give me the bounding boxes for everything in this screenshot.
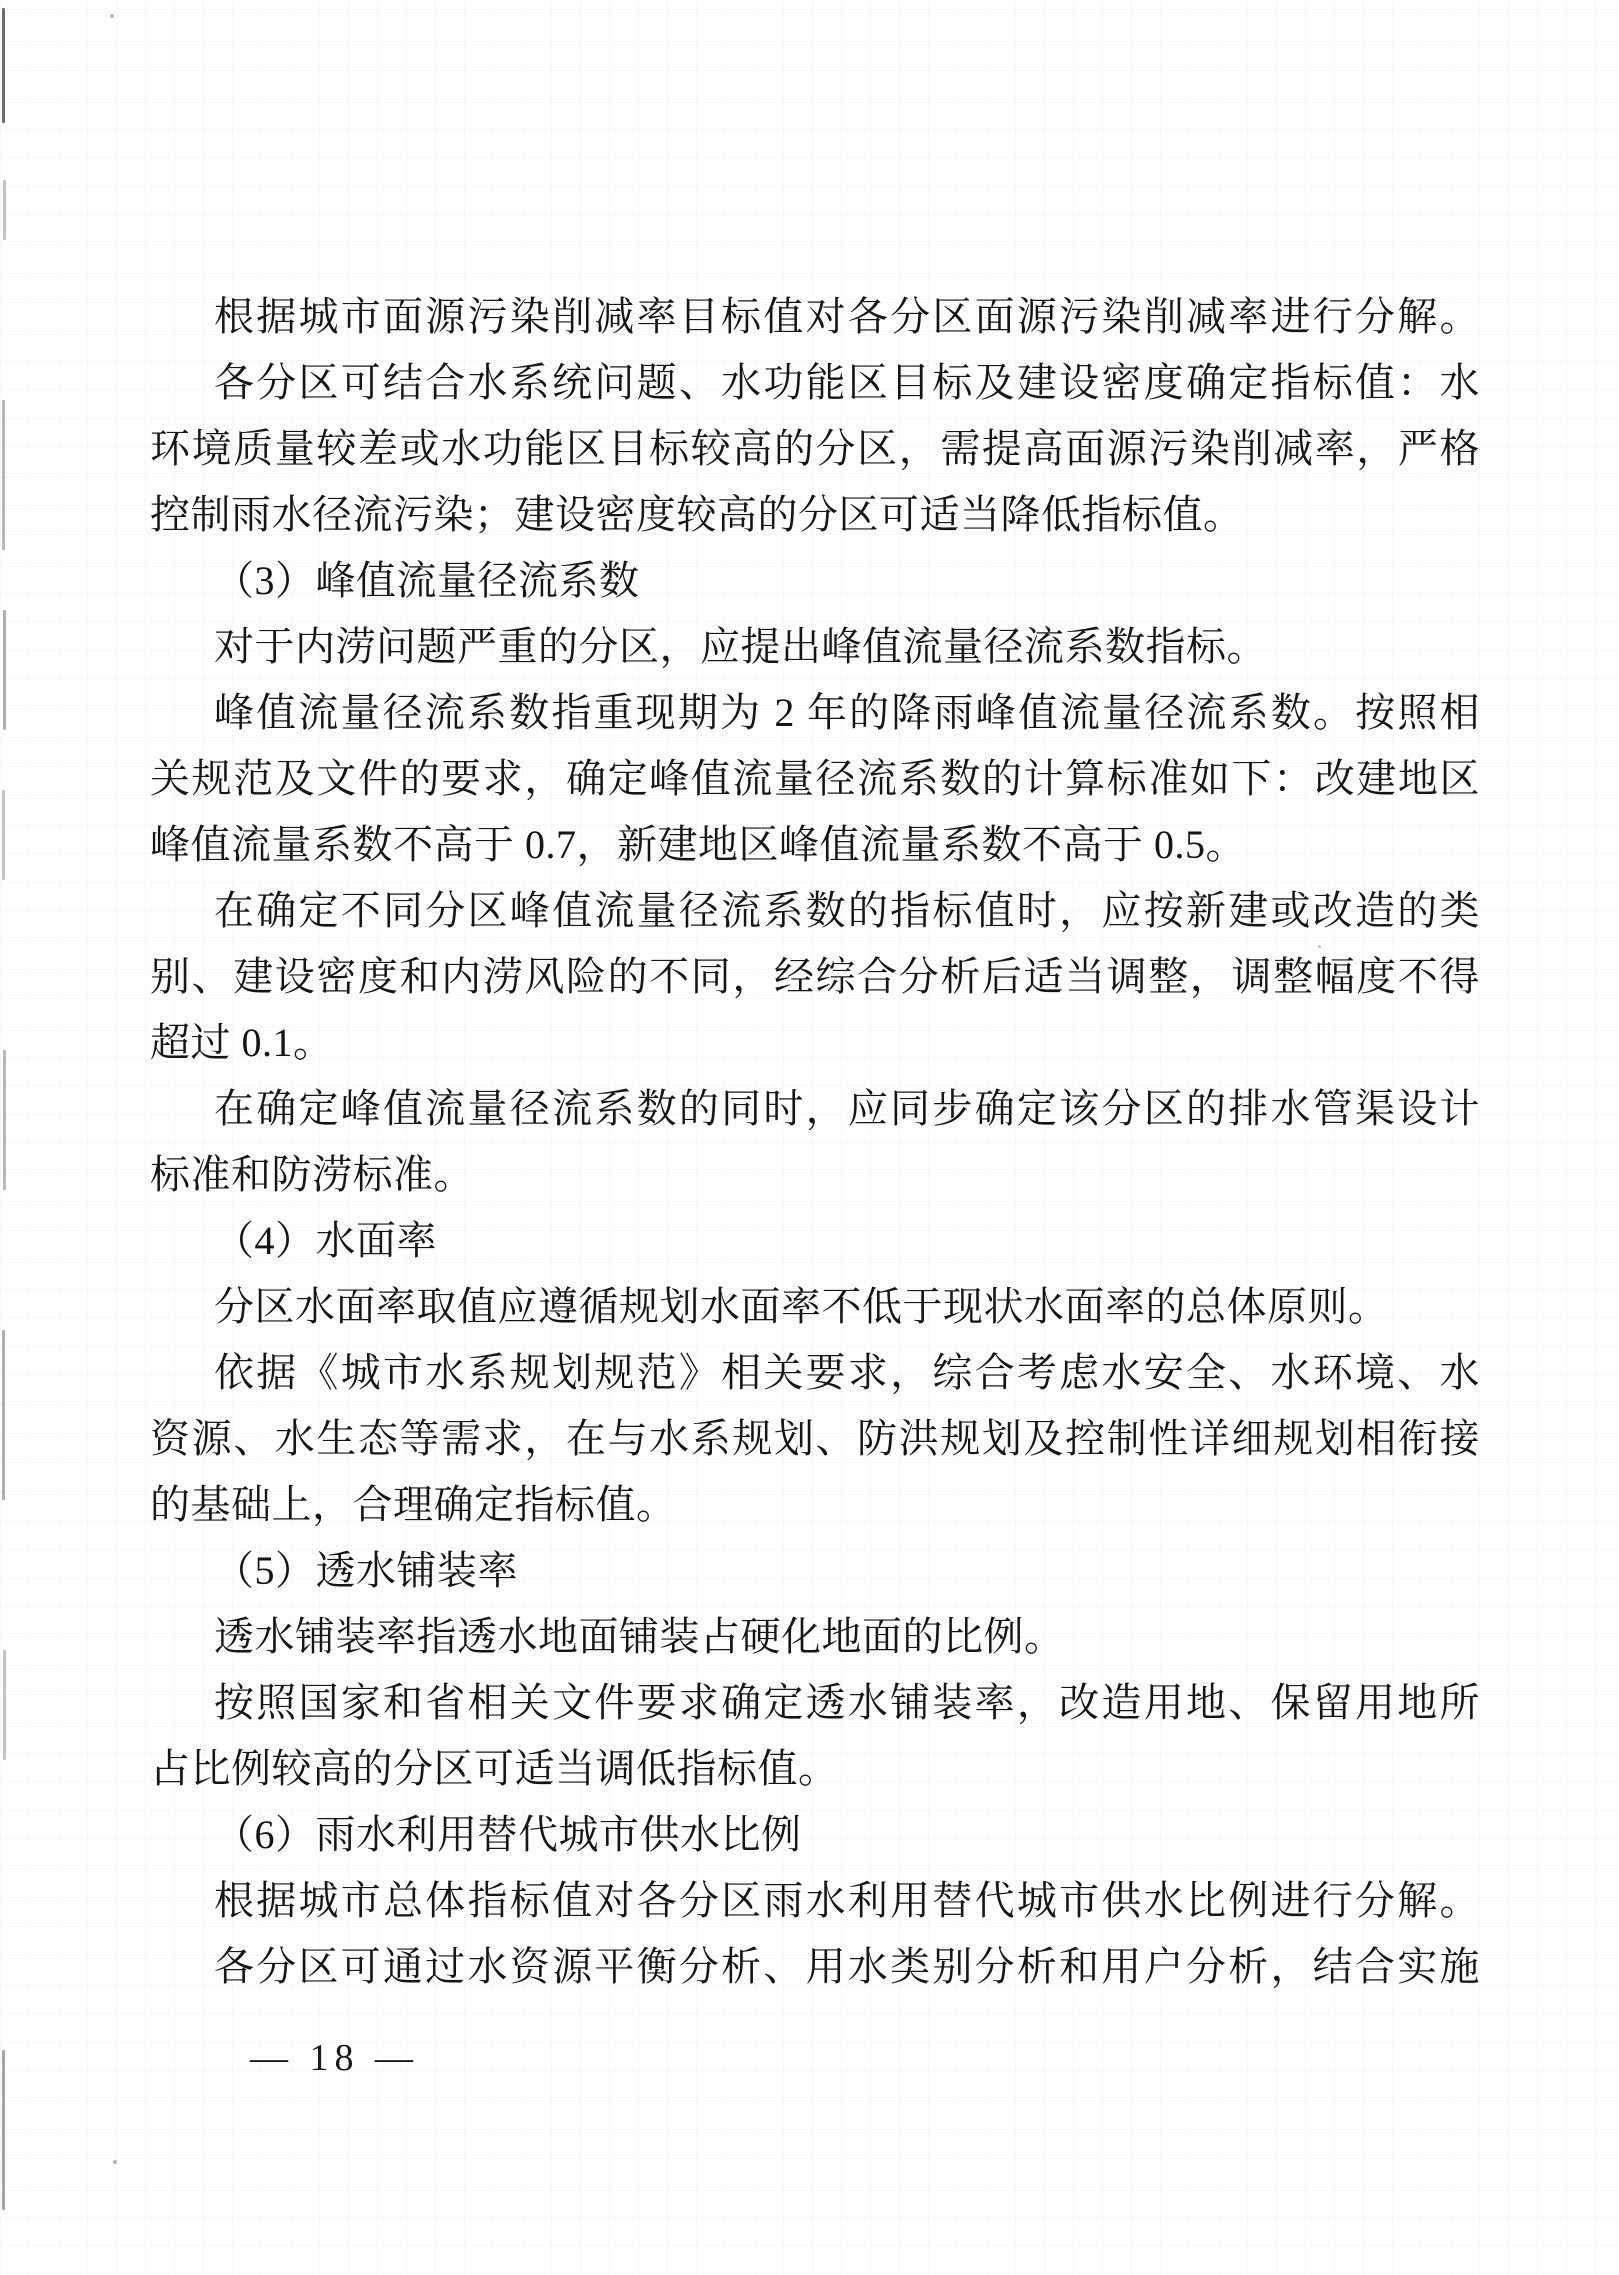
text-line: 透水铺装率指透水地面铺装占硬化地面的比例。	[150, 1604, 1480, 1670]
section-heading-line: （6）雨水利用替代城市供水比例	[150, 1802, 1480, 1868]
text-line: 占比例较高的分区可适当调低指标值。	[150, 1736, 1480, 1802]
text-line: 超过 0.1。	[150, 1010, 1480, 1076]
scan-edge-artifact	[3, 1650, 6, 1760]
section-heading-line: （5）透水铺装率	[150, 1538, 1480, 1604]
text-line: 峰值流量径流系数指重现期为 2 年的降雨峰值流量径流系数。按照相	[150, 680, 1480, 746]
text-line: 资源、水生态等需求，在与水系规划、防洪规划及控制性详细规划相衔接	[150, 1406, 1480, 1472]
text-line: 依据《城市水系规划规范》相关要求，综合考虑水安全、水环境、水	[150, 1340, 1480, 1406]
text-line: 环境质量较差或水功能区目标较高的分区，需提高面源污染削减率，严格	[150, 416, 1480, 482]
text-line: 关规范及文件的要求，确定峰值流量径流系数的计算标准如下：改建地区	[150, 746, 1480, 812]
scan-speck	[113, 2160, 117, 2164]
scan-edge-artifact	[2, 1330, 5, 1500]
text-line: 的基础上，合理确定指标值。	[150, 1472, 1480, 1538]
text-line: 在确定峰值流量径流系数的同时，应同步确定该分区的排水管渠设计	[150, 1076, 1480, 1142]
scan-edge-artifact	[2, 8, 5, 123]
scan-edge-artifact	[3, 1050, 6, 1190]
text-line: 别、建设密度和内涝风险的不同，经综合分析后适当调整，调整幅度不得	[150, 944, 1480, 1010]
scan-edge-artifact	[3, 180, 6, 240]
document-page: { "doc": { "lines": [ "根据城市面源污染削减率目标值对各分…	[0, 0, 1619, 2275]
text-line: 分区水面率取值应遵循规划水面率不低于现状水面率的总体原则。	[150, 1274, 1480, 1340]
text-line: 根据城市面源污染削减率目标值对各分区面源污染削减率进行分解。	[150, 284, 1480, 350]
section-heading-line: （4）水面率	[150, 1208, 1480, 1274]
text-line: 各分区可通过水资源平衡分析、用水类别分析和用户分析，结合实施	[150, 1934, 1480, 2000]
section-heading-line: （3）峰值流量径流系数	[150, 548, 1480, 614]
text-line: 各分区可结合水系统问题、水功能区目标及建设密度确定指标值：水	[150, 350, 1480, 416]
scan-speck	[110, 14, 114, 18]
text-line: 对于内涝问题严重的分区，应提出峰值流量径流系数指标。	[150, 614, 1480, 680]
page-number: — 18 —	[250, 2036, 419, 2080]
scan-speck	[1318, 945, 1321, 948]
document-text-block: 根据城市面源污染削减率目标值对各分区面源污染削减率进行分解。 各分区可结合水系统…	[150, 284, 1480, 2000]
text-line: 根据城市总体指标值对各分区雨水利用替代城市供水比例进行分解。	[150, 1868, 1480, 1934]
scan-edge-artifact	[2, 2050, 5, 2210]
text-line: 按照国家和省相关文件要求确定透水铺装率，改造用地、保留用地所	[150, 1670, 1480, 1736]
scan-edge-artifact	[3, 610, 6, 730]
scan-edge-artifact	[2, 400, 5, 550]
text-line: 峰值流量系数不高于 0.7，新建地区峰值流量系数不高于 0.5。	[150, 812, 1480, 878]
text-line: 标准和防涝标准。	[150, 1142, 1480, 1208]
text-line: 在确定不同分区峰值流量径流系数的指标值时，应按新建或改造的类	[150, 878, 1480, 944]
text-line: 控制雨水径流污染；建设密度较高的分区可适当降低指标值。	[150, 482, 1480, 548]
scan-edge-artifact	[2, 790, 5, 880]
